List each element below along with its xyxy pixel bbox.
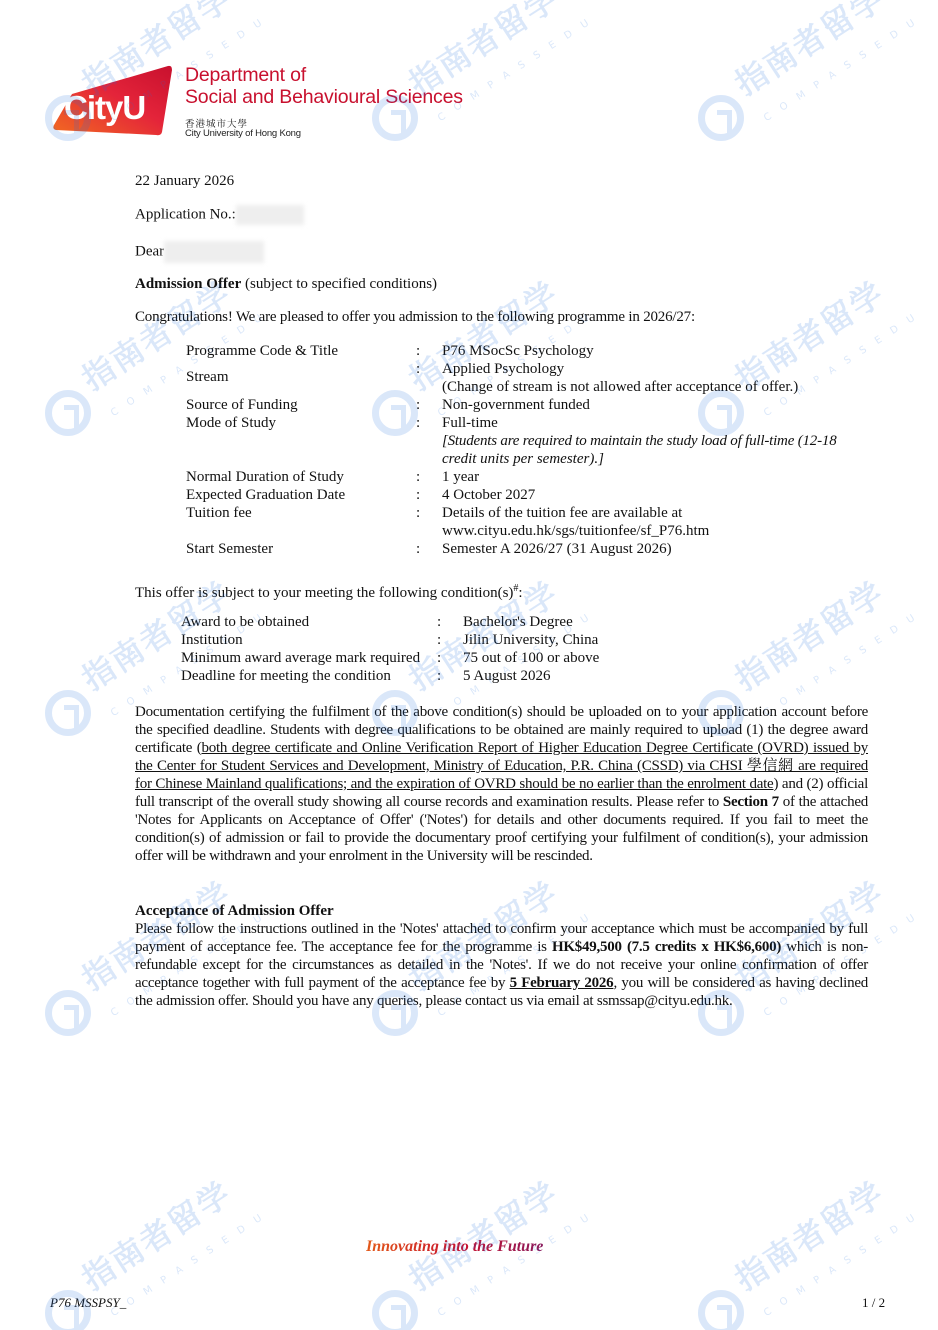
cityu-logo-icon: CityU [52, 64, 174, 136]
duration-value: 1 year [442, 468, 479, 486]
condition-label: Minimum award average mark required [181, 649, 420, 667]
acceptance-paragraph: Please follow the instructions outlined … [135, 920, 868, 1010]
stream-label: Stream [186, 368, 229, 386]
start-semester-value: Semester A 2026/27 (31 August 2026) [442, 540, 672, 558]
offer-subtitle: (subject to specified conditions) [241, 276, 437, 292]
offer-title-bold: Admission Offer [135, 276, 241, 292]
department-name: Department of Social and Behavioural Sci… [185, 64, 463, 108]
mode-value: Full-time [442, 414, 498, 432]
slogan: Innovating into the Future [366, 1238, 543, 1256]
svg-text:CityU: CityU [64, 89, 145, 126]
application-no: Application No.: [135, 205, 304, 225]
conditions-intro-text: This offer is subject to your meeting th… [135, 585, 513, 601]
contact-email-link[interactable]: ssmssap@cityu.edu.hk [597, 993, 729, 1009]
mode-label: Mode of Study [186, 414, 276, 432]
salutation-name-redacted [164, 241, 264, 263]
offer-letter-page: CityU Department of Social and Behaviour… [0, 0, 938, 1330]
funding-label: Source of Funding [186, 396, 298, 414]
dept-line-1: Department of [185, 64, 463, 86]
programme-value: P76 MSocSc Psychology [442, 342, 594, 360]
condition-value: Bachelor's Degree [463, 613, 573, 631]
condition-label: Institution [181, 631, 243, 649]
colon: : [416, 414, 420, 432]
offer-title: Admission Offer (subject to specified co… [135, 275, 437, 293]
salutation: Dear [135, 241, 264, 263]
colon: : [416, 540, 420, 558]
documentation-paragraph: Documentation certifying the fulfilment … [135, 703, 868, 865]
graduation-label: Expected Graduation Date [186, 486, 345, 504]
condition-label: Deadline for meeting the condition [181, 667, 391, 685]
duration-label: Normal Duration of Study [186, 468, 344, 486]
letter-date: 22 January 2026 [135, 172, 234, 190]
acc-text-4: . [729, 993, 733, 1009]
acceptance-fee: HK$49,500 (7.5 credits x HK$6,600) [552, 939, 781, 955]
graduation-value: 4 October 2027 [442, 486, 535, 504]
doc-section-ref: Section 7 [723, 794, 779, 810]
stream-value: Applied Psychology [442, 360, 564, 378]
condition-value: Jilin University, China [463, 631, 598, 649]
condition-value: 5 August 2026 [463, 667, 551, 685]
doc-underlined-requirement: both degree certificate and Online Verif… [135, 740, 868, 792]
document-code: P76 MSSPSY_ [50, 1295, 126, 1311]
colon: : [416, 396, 420, 414]
tuition-link[interactable]: www.cityu.edu.hk/sgs/tuitionfee/sf_P76.h… [442, 522, 709, 540]
stream-note: (Change of stream is not allowed after a… [442, 378, 798, 396]
colon: : [437, 667, 441, 685]
conditions-intro-colon: : [518, 585, 522, 601]
condition-value: 75 out of 100 or above [463, 649, 599, 667]
offer-intro: Congratulations! We are pleased to offer… [135, 308, 695, 326]
university-name-en: City University of Hong Kong [185, 128, 301, 139]
funding-value: Non-government funded [442, 396, 590, 414]
application-no-label: Application No.: [135, 206, 236, 222]
mode-note-1: [Students are required to maintain the s… [442, 432, 837, 450]
colon: : [416, 468, 420, 486]
salutation-text: Dear [135, 243, 164, 259]
tuition-value: Details of the tuition fee are available… [442, 504, 682, 522]
colon: : [437, 649, 441, 667]
conditions-intro: This offer is subject to your meeting th… [135, 580, 523, 602]
colon: : [416, 486, 420, 504]
dept-line-2: Social and Behavioural Sciences [185, 86, 463, 108]
programme-label: Programme Code & Title [186, 342, 338, 360]
colon: : [416, 342, 420, 360]
colon: : [437, 613, 441, 631]
colon: : [416, 360, 420, 378]
colon: : [437, 631, 441, 649]
colon: : [416, 504, 420, 522]
acceptance-heading: Acceptance of Admission Offer [135, 902, 334, 920]
acceptance-deadline: 5 February 2026 [510, 975, 614, 991]
tuition-label: Tuition fee [186, 504, 252, 522]
start-semester-label: Start Semester [186, 540, 273, 558]
page-number: 1 / 2 [862, 1295, 885, 1311]
mode-note-2: credit units per semester).] [442, 450, 604, 468]
condition-label: Award to be obtained [181, 613, 309, 631]
application-no-redacted [236, 205, 304, 225]
